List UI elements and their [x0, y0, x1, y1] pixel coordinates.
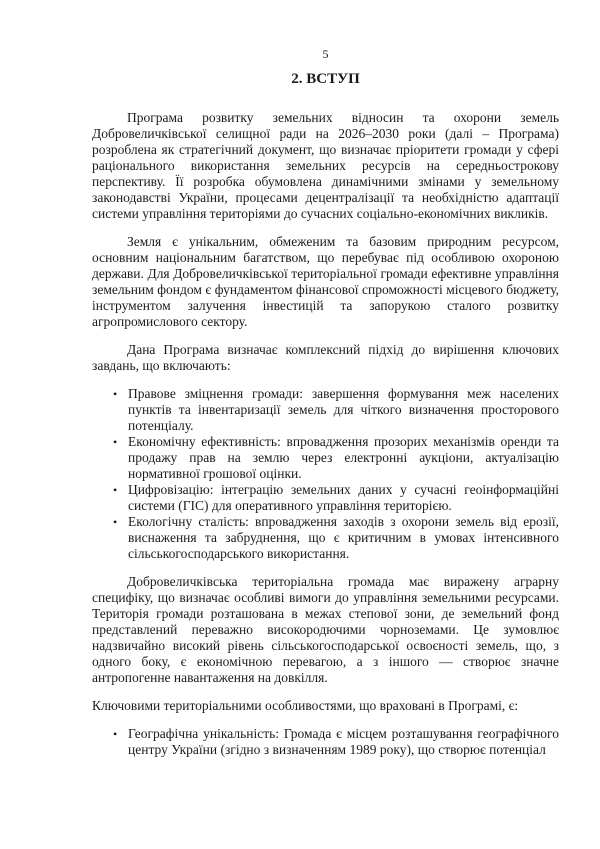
- list-item-digitalization: Цифровізацію: інтеграцію земельних даних…: [128, 482, 559, 514]
- list-item-ecological-sustainability: Екологічну сталість: впровадження заході…: [128, 514, 559, 562]
- paragraph-agrarian-specifics: Добровеличківська територіальна громада …: [92, 574, 559, 686]
- list-item-geographic-uniqueness: Географічна унікальність: Громада є місц…: [128, 726, 559, 758]
- document-page: 5 2. ВСТУП Програма розвитку земельних в…: [0, 0, 600, 849]
- list-item-legal-strengthening: Правове зміцнення громади: завершення фо…: [128, 386, 559, 434]
- features-list: Географічна унікальність: Громада є місц…: [92, 726, 559, 758]
- paragraph-land-resource: Земля є унікальним, обмеженим та базовим…: [92, 234, 559, 330]
- paragraph-program-intro: Програма розвитку земельних відносин та …: [92, 110, 559, 222]
- page-number: 5: [92, 46, 559, 62]
- paragraph-tasks-lead: Дана Програма визначає комплексний підхі…: [92, 342, 559, 374]
- paragraph-features-lead: Ключовими територіальними особливостями,…: [92, 698, 559, 714]
- section-heading: 2. ВСТУП: [92, 70, 559, 89]
- tasks-list: Правове зміцнення громади: завершення фо…: [92, 386, 559, 562]
- list-item-economic-efficiency: Економічну ефективність: впровадження пр…: [128, 434, 559, 482]
